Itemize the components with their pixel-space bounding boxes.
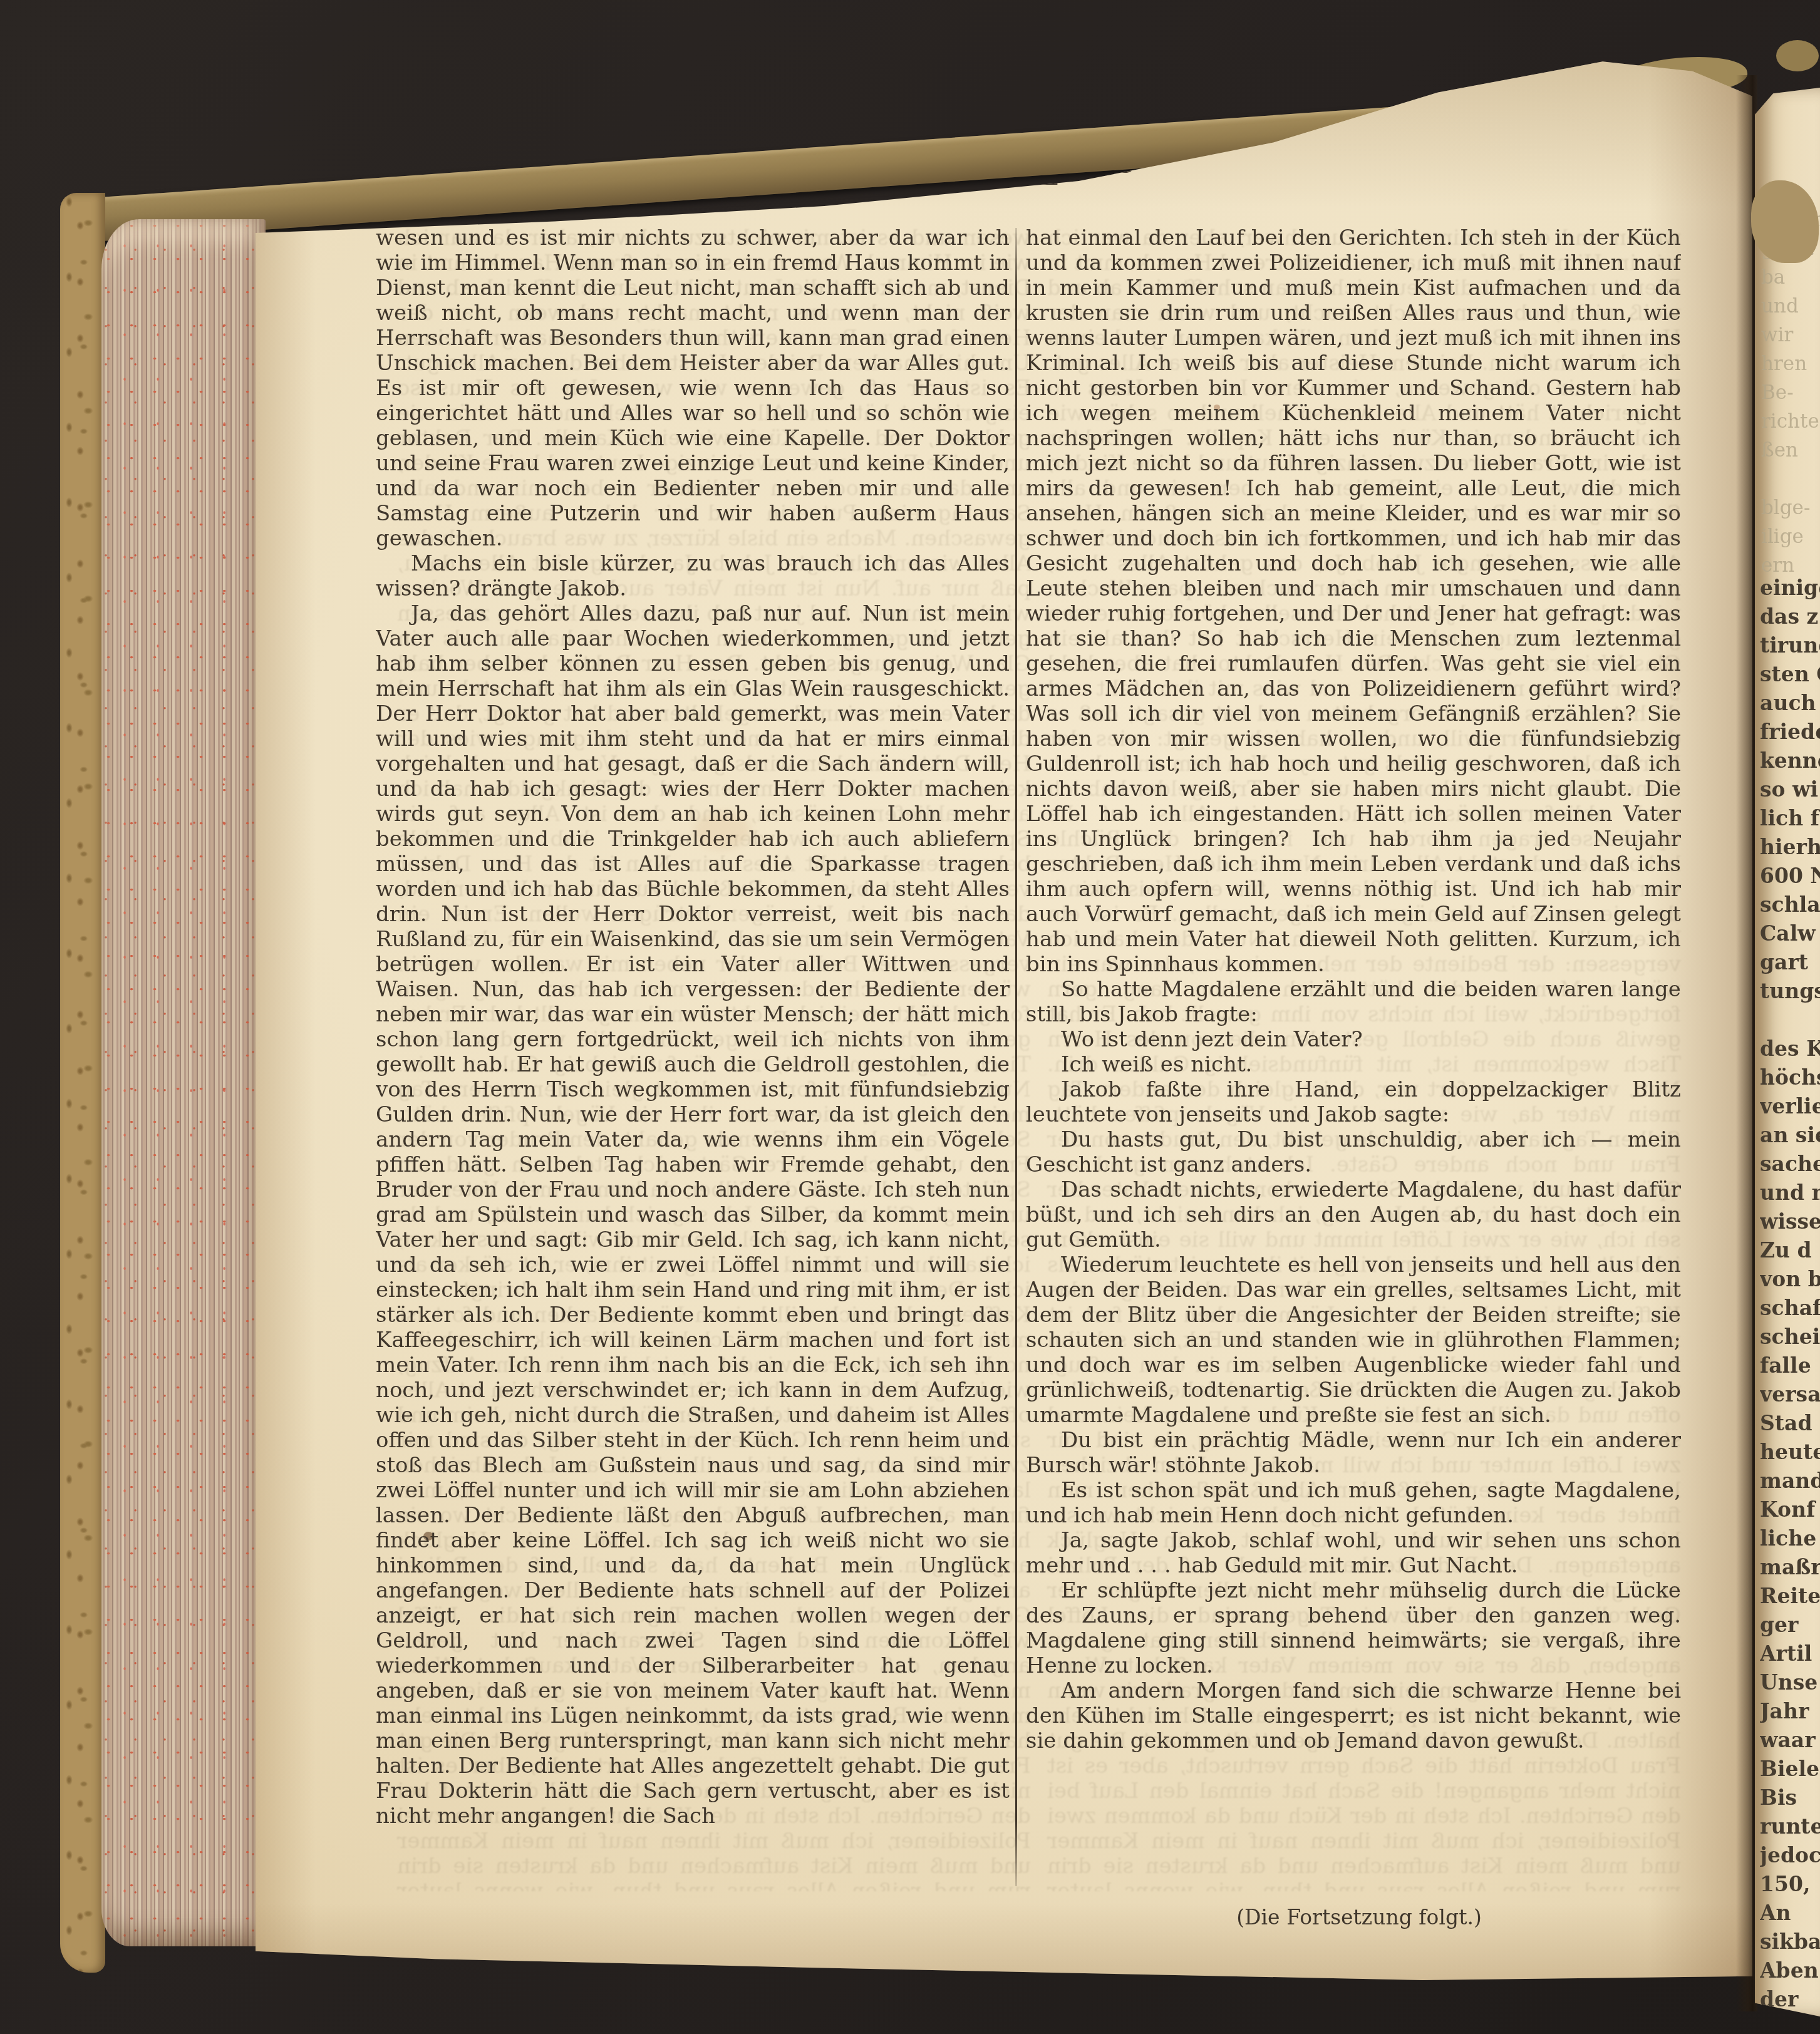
- paragraph: Am andern Morgen fand sich die schwarze …: [1026, 1678, 1681, 1753]
- text-fragment-line: sten G: [1760, 660, 1820, 689]
- text-fragment-line: liche: [1760, 1524, 1820, 1553]
- paragraph: Jakob faßte ihre Hand, ein doppelzackige…: [1026, 1077, 1681, 1127]
- column-divider-rule: [1015, 228, 1017, 1886]
- text-fragment-line: waar: [1760, 1726, 1820, 1755]
- photo-background: wesen und es ist mir nichts zu schwer, a…: [0, 0, 1820, 2034]
- right-text-column: hat einmal den Lauf bei den Gerichten. I…: [1026, 225, 1681, 1891]
- text-fragment-line: hierhe: [1760, 833, 1820, 862]
- torn-paper-tatter: [1776, 40, 1819, 71]
- text-fragment-line: sikba: [1760, 1928, 1820, 1956]
- text-fragment-line: An: [1760, 1899, 1820, 1928]
- text-fragment-line: richte: [1761, 407, 1820, 436]
- paragraph: Es ist schon spät und ich muß gehen, sag…: [1026, 1478, 1681, 1528]
- page-fore-edge-stack: [101, 219, 266, 1946]
- text-fragment-line: Bis: [1760, 1784, 1820, 1812]
- text-fragment-line: gart: [1760, 948, 1820, 977]
- text-fragment-line: das z: [1760, 602, 1820, 631]
- left-text-column: wesen und es ist mir nichts zu schwer, a…: [376, 225, 1010, 1891]
- text-fragment-line: auch: [1760, 689, 1820, 718]
- text-fragment-line: falle: [1760, 1351, 1820, 1380]
- paragraph: Ich weiß es nicht.: [1026, 1052, 1681, 1077]
- text-fragment-line: tungs: [1760, 977, 1820, 1006]
- continuation-note: (Die Fortsetzung folgt.): [1032, 1905, 1687, 1929]
- text-fragment-line: 600 N: [1760, 862, 1820, 891]
- text-fragment-line: verlie: [1760, 1092, 1820, 1121]
- text-fragment-line: ger: [1760, 1611, 1820, 1639]
- text-fragment-line: Stad: [1760, 1409, 1820, 1438]
- text-fragment-line: Aben: [1760, 1956, 1820, 1985]
- paragraph: Du hasts gut, Du bist unschuldig, aber i…: [1026, 1127, 1681, 1177]
- text-fragment-line: Zu d: [1760, 1236, 1820, 1265]
- text-fragment-line: versa: [1760, 1380, 1820, 1409]
- text-fragment-line: Calw: [1760, 919, 1820, 948]
- text-fragment-line: heute: [1760, 1438, 1820, 1467]
- paragraph: wesen und es ist mir nichts zu schwer, a…: [376, 225, 1010, 551]
- paragraph: Wo ist denn jezt dein Vater?: [1026, 1027, 1681, 1052]
- paragraph: Machs ein bisle kürzer, zu was brauch ic…: [376, 551, 1010, 601]
- text-fragment-line: schaft: [1760, 1294, 1820, 1323]
- text-fragment-line: jedoch: [1760, 1841, 1820, 1870]
- text-fragment-line: friede: [1760, 718, 1820, 746]
- paragraph: Wiederum leuchtete es hell von jenseits …: [1026, 1252, 1681, 1428]
- paragraph: Er schlüpfte jezt nicht mehr mühselig du…: [1026, 1578, 1681, 1678]
- sliver-printed-fragments: einigedas ztirungsten Gauchfriedekenneso…: [1760, 574, 1820, 2014]
- paragraph: Ja, das gehört Alles dazu, paß nur auf. …: [376, 601, 1010, 1829]
- text-fragment-line: blge-: [1761, 493, 1820, 522]
- text-fragment-line: wir: [1761, 321, 1820, 349]
- text-fragment-line: höchst: [1760, 1063, 1820, 1092]
- next-page-sliver: selbengene.baundwirhrenBe-richteßenblge-…: [1755, 88, 1820, 2016]
- book-cover-left-edge: [60, 193, 105, 1973]
- text-fragment-line: lich f: [1760, 804, 1820, 833]
- text-fragment-line: und n: [1760, 1179, 1820, 1207]
- text-fragment-line: der: [1760, 1985, 1820, 2014]
- text-fragment-line: schein: [1760, 1323, 1820, 1351]
- text-fragment-line: kenne: [1760, 746, 1820, 775]
- text-columns: wesen und es ist mir nichts zu schwer, a…: [376, 225, 1681, 1891]
- text-fragment-line: wissen: [1760, 1207, 1820, 1236]
- text-fragment-line: Jahr: [1760, 1697, 1820, 1726]
- left-page: wesen und es ist mir nichts zu schwer, a…: [256, 54, 1752, 1980]
- text-fragment-line: Artil: [1760, 1639, 1820, 1668]
- text-fragment-line: ßen: [1761, 436, 1820, 465]
- text-fragment-line: hren: [1761, 349, 1820, 378]
- text-fragment-line: des K: [1760, 1035, 1820, 1063]
- text-fragment-line: Reite: [1760, 1582, 1820, 1611]
- text-fragment-line: runte: [1760, 1812, 1820, 1841]
- text-fragment-line: [1761, 465, 1820, 493]
- text-fragment-line: ba: [1761, 263, 1820, 292]
- text-fragment-line: und: [1761, 292, 1820, 321]
- text-fragment-line: so wi: [1760, 775, 1820, 804]
- text-fragment-line: schlag: [1760, 891, 1820, 919]
- text-fragment-line: ilige: [1761, 522, 1820, 551]
- text-fragment-line: von b: [1760, 1265, 1820, 1294]
- paragraph: Du bist ein prächtig Mädle, wenn nur Ich…: [1026, 1428, 1681, 1478]
- text-fragment-line: tirung: [1760, 631, 1820, 660]
- text-fragment-line: Unse: [1760, 1668, 1820, 1697]
- text-fragment-line: an sie: [1760, 1121, 1820, 1150]
- text-fragment-line: Be-: [1761, 378, 1820, 407]
- text-fragment-line: einige: [1760, 574, 1820, 602]
- paragraph: hat einmal den Lauf bei den Gerichten. I…: [1026, 225, 1681, 977]
- paragraph: Das schadt nichts, erwiederte Magdalene,…: [1026, 1177, 1681, 1252]
- gutter-crease-shadow: [1736, 75, 1757, 2011]
- paragraph: Ja, sagte Jakob, schlaf wohl, und wir se…: [1026, 1528, 1681, 1578]
- text-fragment-line: mand: [1760, 1467, 1820, 1495]
- text-fragment-line: sache: [1760, 1150, 1820, 1179]
- text-fragment-line: [1760, 1006, 1820, 1035]
- text-fragment-line: 150,: [1760, 1870, 1820, 1899]
- text-fragment-line: maßr: [1760, 1553, 1820, 1582]
- paragraph: So hatte Magdalene erzählt und die beide…: [1026, 977, 1681, 1027]
- text-fragment-line: Biele: [1760, 1755, 1820, 1784]
- text-fragment-line: Konf: [1760, 1495, 1820, 1524]
